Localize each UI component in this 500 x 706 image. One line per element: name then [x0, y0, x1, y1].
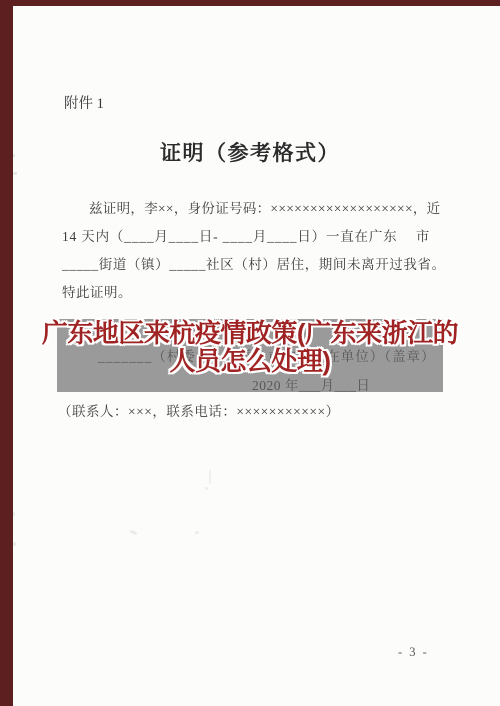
overlay-headline-line1: 广东地区来杭疫情政策(广东来浙江的	[40, 320, 460, 348]
maroon-top-border	[0, 0, 500, 6]
scanned-document-page: 附件 1 证明（参考格式） 兹证明，李××，身份证号码：××××××××××××…	[0, 0, 500, 706]
body-line-residence: _____街道（镇）_____社区（村）居住，期间未离开过我省。	[62, 253, 446, 273]
overlay-headline-line2: 人员怎么处理)	[40, 348, 460, 376]
contact-line: （联系人：×××，联系电话：×××××××××××）	[58, 400, 340, 420]
body-line-certify: 兹证明，李××，身份证号码：××××××××××××××××××，近	[62, 197, 440, 217]
document-title: 证明（参考格式）	[0, 137, 500, 167]
scan-artifact	[209, 470, 211, 484]
scan-artifact	[205, 487, 208, 490]
attachment-label: 附件 1	[64, 92, 104, 113]
overlay-headline: 广东地区来杭疫情政策(广东来浙江的 人员怎么处理)	[40, 320, 460, 375]
page-number: - 3 -	[398, 645, 429, 660]
maroon-left-border	[0, 0, 13, 706]
body-line-hereby: 特此证明。	[62, 281, 132, 301]
scan-artifact	[130, 530, 138, 536]
scan-artifact	[195, 531, 199, 534]
scan-artifact	[13, 172, 17, 175]
body-line-dates: 14 天内（____月____日- ____月____日）一直在广东 市	[62, 225, 430, 245]
